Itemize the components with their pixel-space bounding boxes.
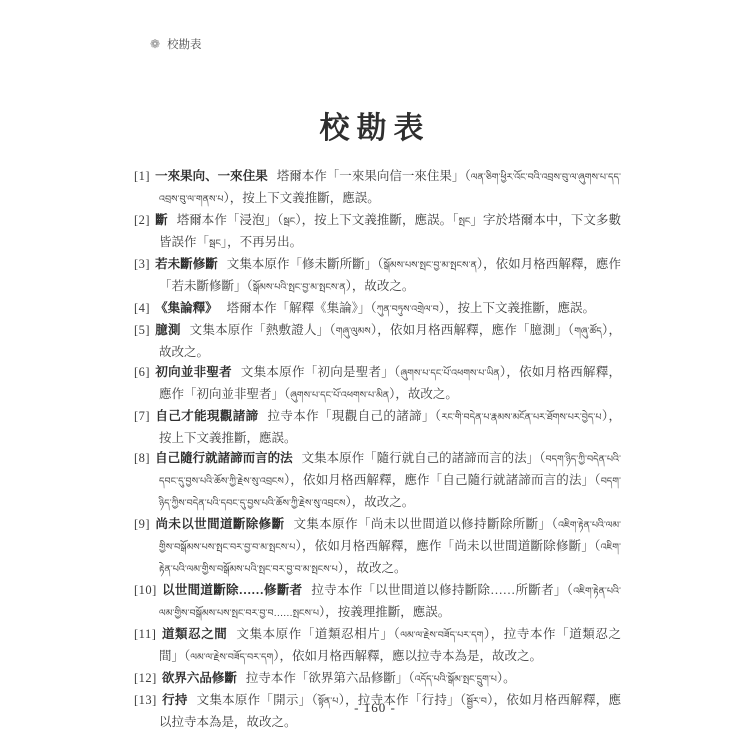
tibetan-text: ལམ་ལ་རྗེས་བཟོད་པར་དག [400, 631, 483, 641]
entry-text: 文集本原作「熱敷證人」（ [190, 323, 336, 337]
entry-text: 拉寺本作「現觀自己的諸諦」（ [267, 409, 441, 423]
errata-entry: [12]欲界六品修斷拉寺本作「欲界第六品修斷」（འདོད་པའི་སྒོམ་སྤ… [134, 668, 621, 690]
page-number: - 160 - [0, 700, 750, 716]
errata-list: [1]一來果向、一來住果塔爾本作「一來果向信一來住果」（ལན་ཅིག་ཕྱིར་… [134, 166, 621, 732]
entry-text: ），按義理推斷，應誤。 [319, 605, 450, 619]
tibetan-text: འདོད་པའི་སྒོམ་སྤང་དྲུག་པ [415, 675, 497, 685]
entry-number: [3] [134, 257, 150, 271]
entry-number: [11] [134, 627, 156, 641]
entry-number: [6] [134, 365, 150, 379]
entry-text: 文集本原作「初向是聖者」（ [241, 365, 401, 379]
entry-text: ），依如月格西解釋，應作「自己隨行就諸諦而言的法」（ [284, 473, 601, 487]
tibetan-text: ལམ་ལ་རྗེས་བཟོད་བར་དག [190, 653, 273, 663]
entry-text: ），按上下文義推斷，應誤。 [439, 301, 595, 315]
entry-text: 塔爾本作「浸泡」（ [177, 213, 284, 227]
entry-number: [10] [134, 583, 157, 597]
tibetan-text: ཞུགས་པ་དང་པོ་འཕགས་པ་མིན [290, 391, 389, 401]
flower-icon: ❁ [150, 38, 160, 50]
entry-text: 拉寺本作「以世間道以修持斷除……所斷者」（ [311, 583, 573, 597]
running-header-label: 校勘表 [167, 36, 202, 52]
entry-text: ），依如月格西解釋，應作「臆測」（ [371, 323, 575, 337]
errata-entry: [3]若未斷修斷文集本原作「修未斷所斷」（སྒོམས་པས་སྤང་བྱ་མ་ས… [134, 254, 621, 298]
entry-text: 塔爾本作「一來果向信一來住果」（ [277, 169, 471, 183]
errata-entry: [1]一來果向、一來住果塔爾本作「一來果向信一來住果」（ལན་ཅིག་ཕྱིར་… [134, 166, 621, 210]
entry-number: [5] [134, 323, 150, 337]
entry-headword: 若未斷修斷 [155, 257, 218, 271]
tibetan-text: ཀུན་བཏུས་འགྲེལ་བ [377, 305, 439, 315]
entry-headword: 自己才能現觀諸諦 [155, 409, 258, 423]
entry-headword: 《集論釋》 [155, 301, 218, 315]
errata-entry: [10]以世間道斷除……修斷者拉寺本作「以世間道以修持斷除……所斷者」（འཇིག… [134, 580, 621, 624]
entry-text: ），故改之。 [345, 495, 414, 509]
entry-text: 文集本原作「修未斷所斷」（ [227, 257, 384, 271]
entry-text: 」，不再另出。 [221, 235, 302, 249]
entry-headword: 斷 [155, 213, 168, 227]
entry-number: [12] [134, 671, 157, 685]
tibetan-text: སྒོམས་པའི་སྤང་བྱ་མ་སྤངས་ན [253, 283, 346, 293]
entry-headword: 道類忍之間 [161, 627, 227, 641]
entry-headword: 初向並非聖者 [155, 365, 232, 379]
entry-text: ），依如月格西解釋，應以拉寺本為是，故改之。 [273, 649, 542, 663]
entry-headword: 自己隨行就諸諦而言的法 [155, 451, 293, 465]
entry-headword: 一來果向、一來住果 [155, 169, 268, 183]
entry-headword: 欲界六品修斷 [162, 671, 237, 685]
page-title: 校勘表 [0, 103, 750, 147]
errata-entry: [2]斷塔爾本作「浸泡」（སྦང），按上下文義推斷，應誤。「སྤང」字於塔爾本中… [134, 210, 621, 254]
tibetan-text: རང་གི་བདེན་པ་རྣམས་མངོན་པར་ཐོགས་པར་བྱེད་པ [441, 413, 601, 423]
errata-entry: [9]尚未以世間道斷除修斷文集本原作「尚未以世間道以修持斷除所斷」（འཇིག་ར… [134, 514, 621, 580]
tibetan-text: གཞུ་ལུམས [336, 327, 371, 337]
entry-number: [1] [134, 169, 150, 183]
errata-entry: [7]自己才能現觀諸諦拉寺本作「現觀自己的諸諦」（རང་གི་བདེན་པ་རྣ… [134, 406, 621, 448]
entry-text: 拉寺本作「欲界第六品修斷」（ [246, 671, 415, 685]
entry-number: [4] [134, 301, 150, 315]
entry-text: ），依如月格西解釋，應作「尚未以世間道斷除修斷」（ [295, 539, 600, 553]
errata-entry: [6]初向並非聖者文集本原作「初向是聖者」（ཞུགས་པ་དང་པོ་འཕགས་… [134, 362, 621, 406]
entry-text: ），按上下文義推斷，應誤。 [224, 191, 380, 205]
entry-text: ），故改之。 [346, 279, 415, 293]
entry-number: [8] [134, 451, 150, 465]
entry-headword: 尚未以世間道斷除修斷 [155, 517, 284, 531]
errata-entry: [5]臆測文集本原作「熱敷證人」（གཞུ་ལུམས），依如月格西解釋，應作「臆測… [134, 320, 621, 362]
tibetan-text: སྦང [209, 239, 221, 249]
entry-number: [9] [134, 517, 150, 531]
entry-headword: 以世間道斷除……修斷者 [162, 583, 303, 597]
entry-text: ）。 [497, 671, 516, 685]
entry-text: ），故改之。 [389, 387, 458, 401]
entry-text: 文集本原作「道類忍相片」（ [236, 627, 400, 641]
errata-entry: [11]道類忍之間文集本原作「道類忍相片」（ལམ་ལ་རྗེས་བཟོད་པར་… [134, 624, 621, 668]
entry-number: [7] [134, 409, 150, 423]
book-page: ❁ 校勘表 校勘表 [1]一來果向、一來住果塔爾本作「一來果向信一來住果」（ལན… [0, 0, 750, 750]
errata-entry: [8]自己隨行就諸諦而言的法文集本原作「隨行就自己的諸諦而言的法」（བདག་ཉི… [134, 448, 621, 514]
entry-number: [2] [134, 213, 150, 227]
errata-entry: [4]《集論釋》塔爾本作「解釋《集論》」（ཀུན་བཏུས་འགྲེལ་བ），按… [134, 298, 621, 320]
entry-text: ），故改之。 [338, 561, 407, 575]
entry-text: 文集本原作「尚未以世間道以修持斷除所斷」（ [293, 517, 558, 531]
tibetan-text: ཞུགས་པ་དང་པོ་འཕགས་པ་ཡིན [401, 369, 500, 379]
tibetan-text: གཞུ་ཚོད [574, 327, 602, 337]
tibetan-text: སྦང [283, 217, 295, 227]
entry-text: 塔爾本作「解釋《集論》」（ [227, 301, 377, 315]
tibetan-text: སྤང [459, 217, 471, 227]
entry-headword: 臆測 [155, 323, 181, 337]
entry-text: 文集本原作「隨行就自己的諸諦而言的法」（ [302, 451, 546, 465]
running-header: ❁ 校勘表 [150, 36, 202, 52]
entry-text: ），按上下文義推斷，應誤。「 [295, 213, 458, 227]
tibetan-text: སྒོམས་པས་སྤང་བྱ་མ་སྤངས་ན [384, 261, 477, 271]
